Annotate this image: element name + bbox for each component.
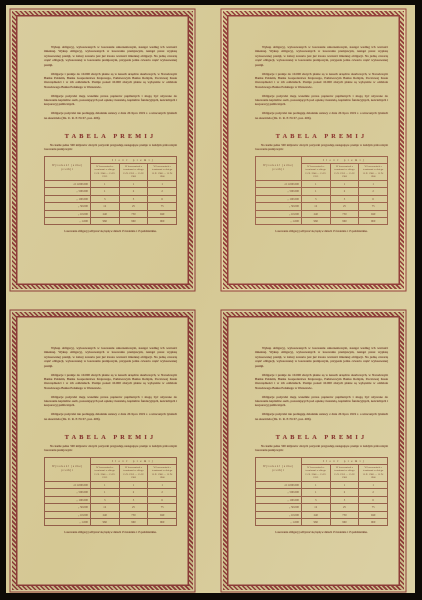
- premium-count: 2: [148, 489, 177, 496]
- premium-count: 1: [119, 482, 148, 489]
- premium-count: 5: [330, 195, 359, 202]
- table-row: zł 1.000.000 1 1 1: [256, 181, 388, 188]
- premium-count: 75: [359, 203, 388, 210]
- premium-table: Wysokość jednej premji Ilość premij W lo…: [255, 457, 388, 527]
- terms-paragraph-trustee-rights: Obligacje pożyczki mają wszelkie prawa p…: [44, 395, 177, 408]
- premium-count: 75: [148, 504, 177, 511]
- terms-paragraph-redemption: Wykup obligacyj, wylosowanych w losowani…: [44, 346, 177, 368]
- premium-amount: „ 500.000: [45, 489, 91, 496]
- table-row: „ 10.000 240 750 940: [45, 210, 177, 217]
- premium-count: 1: [148, 181, 177, 188]
- premium-count: 3: [90, 496, 119, 503]
- premium-count: 960: [330, 217, 359, 224]
- premium-amount: zł 1.000.000: [45, 181, 91, 188]
- premium-count: 3: [90, 195, 119, 202]
- premium-count: 1: [301, 181, 330, 188]
- table-row: „ 10.000 240 750 940: [256, 210, 388, 217]
- premium-count: 960: [119, 217, 148, 224]
- period-column-header-2: W losowaniach z terminami w obiegu 15.X.…: [330, 464, 359, 482]
- terms-paragraph-payment-banks: Obligacje i premje do 10.000 złotych pła…: [255, 373, 388, 391]
- period-column-header-1: W losowaniach z terminami w obiegu 15.X.…: [301, 163, 330, 181]
- premium-amount: „ 100.000: [256, 496, 302, 503]
- premium-count: 12: [301, 203, 330, 210]
- table-row: „ 50.000 12 25 75: [45, 203, 177, 210]
- terms-paragraph-redemption: Wykup obligacyj, wylosowanych w losowani…: [255, 45, 388, 67]
- terms-paragraph-redemption: Wykup obligacyj, wylosowanych w losowani…: [255, 346, 388, 368]
- premium-count: 5: [330, 496, 359, 503]
- premium-count: 25: [330, 504, 359, 511]
- drawing-dates-note: Losowania obligacyj odbywać się będą w d…: [44, 229, 177, 233]
- premium-count: 750: [119, 511, 148, 518]
- premium-table: Wysokość jednej premji Ilość premij W lo…: [44, 457, 177, 527]
- premium-count: 1: [301, 489, 330, 496]
- premium-amount: „ 1.000: [256, 217, 302, 224]
- period-column-header-1: W losowaniach z terminami w obiegu 15.X.…: [90, 464, 119, 482]
- terms-paragraph-trustee-rights: Obligacje pożyczki mają wszelkie prawa p…: [255, 395, 388, 408]
- table-row: „ 50.000 12 25 75: [256, 504, 388, 511]
- count-group-header: Ilość premij: [90, 156, 176, 163]
- premium-amount: „ 10.000: [256, 511, 302, 518]
- premium-count: 750: [330, 511, 359, 518]
- premium-table: Wysokość jednej premji Ilość premij W lo…: [255, 156, 388, 226]
- premium-table-title: TABELA PREMIJ: [255, 434, 388, 441]
- drawing-dates-note: Losowania obligacyj odbywać się będą w d…: [255, 530, 388, 534]
- premium-table-intro: Na każde pełne 500 miljonów złotych poży…: [255, 444, 388, 452]
- terms-paragraph-redemption: Wykup obligacyj, wylosowanych w losowani…: [44, 45, 177, 67]
- premium-count: 2: [359, 489, 388, 496]
- premium-count: 6: [148, 496, 177, 503]
- premium-amount: „ 500.000: [256, 188, 302, 195]
- terms-paragraph-payment-banks: Obligacje i premje do 10.000 złotych pła…: [44, 72, 177, 90]
- premium-count: 2: [148, 188, 177, 195]
- period-column-header-3: W losowaniach z terminami w obiegu 15.X.…: [359, 464, 388, 482]
- premium-count: 940: [148, 210, 177, 217]
- premium-count: 5: [119, 496, 148, 503]
- period-column-header-2: W losowaniach z terminami w obiegu 15.X.…: [119, 163, 148, 181]
- period-column-header-3: W losowaniach z terminami w obiegu 15.X.…: [148, 163, 177, 181]
- premium-count: 960: [301, 217, 330, 224]
- terms-paragraph-bearer-law: Obligacje pożyczki nie podlegają działan…: [44, 412, 177, 421]
- period-column-header-3: W losowaniach z terminami w obiegu 15.X.…: [148, 464, 177, 482]
- premium-count: 12: [90, 504, 119, 511]
- premium-count: 1: [301, 482, 330, 489]
- premium-count: 750: [330, 210, 359, 217]
- premium-count: 75: [359, 504, 388, 511]
- table-row: „ 50.000 12 25 75: [45, 504, 177, 511]
- table-row: zł 1.000.000 1 1 1: [45, 181, 177, 188]
- table-row: „ 100.000 3 5 6: [256, 496, 388, 503]
- terms-paragraph-bearer-law: Obligacje pożyczki nie podlegają działan…: [255, 412, 388, 421]
- premium-amount: „ 100.000: [45, 496, 91, 503]
- premium-amount: „ 1.000: [45, 217, 91, 224]
- premium-count: 75: [148, 203, 177, 210]
- table-row: „ 500.000 1 2 2: [256, 489, 388, 496]
- terms-paragraph-payment-banks: Obligacje i premje do 10.000 złotych pła…: [44, 373, 177, 391]
- premium-count: 3: [301, 195, 330, 202]
- premium-count: 1: [90, 482, 119, 489]
- premium-count: 960: [90, 217, 119, 224]
- amount-column-header: Wysokość jednej premji: [256, 457, 302, 482]
- premium-amount: „ 1.000: [45, 518, 91, 525]
- table-row: „ 1.000 960 960 960: [45, 518, 177, 525]
- table-row: zł 1.000.000 1 1 1: [45, 482, 177, 489]
- count-group-header: Ilość premij: [301, 156, 387, 163]
- premium-count: 1: [90, 181, 119, 188]
- premium-amount: „ 1.000: [256, 518, 302, 525]
- premium-count: 25: [119, 504, 148, 511]
- premium-count: 240: [90, 511, 119, 518]
- premium-count: 12: [90, 203, 119, 210]
- premium-count: 960: [301, 518, 330, 525]
- table-row: „ 1.000 960 960 960: [45, 217, 177, 224]
- terms-paragraph-trustee-rights: Obligacje pożyczki mają wszelkie prawa p…: [255, 94, 388, 107]
- table-row: „ 50.000 12 25 75: [256, 203, 388, 210]
- bond-certificate-back: Wykup obligacyj, wylosowanych w losowani…: [223, 312, 404, 590]
- premium-count: 2: [330, 489, 359, 496]
- premium-count: 960: [90, 518, 119, 525]
- premium-count: 240: [301, 511, 330, 518]
- premium-amount: „ 100.000: [45, 195, 91, 202]
- bond-certificate-back: Wykup obligacyj, wylosowanych w losowani…: [12, 11, 193, 289]
- terms-paragraph-payment-banks: Obligacje i premje do 10.000 złotych pła…: [255, 72, 388, 90]
- premium-count: 1: [359, 482, 388, 489]
- table-row: „ 100.000 3 5 6: [45, 496, 177, 503]
- premium-count: 1: [359, 181, 388, 188]
- premium-count: 940: [359, 511, 388, 518]
- premium-count: 25: [330, 203, 359, 210]
- table-row: „ 10.000 240 750 940: [45, 511, 177, 518]
- table-row: „ 1.000 960 960 960: [256, 217, 388, 224]
- premium-count: 2: [330, 188, 359, 195]
- premium-table-intro: Na każde pełne 500 miljonów złotych poży…: [44, 444, 177, 452]
- terms-paragraph-bearer-law: Obligacje pożyczki nie podlegają działan…: [255, 111, 388, 120]
- period-column-header-2: W losowaniach z terminami w obiegu 15.X.…: [119, 464, 148, 482]
- premium-count: 6: [359, 195, 388, 202]
- premium-count: 12: [301, 504, 330, 511]
- premium-amount: „ 10.000: [256, 210, 302, 217]
- premium-table-intro: Na każde pełne 500 miljonów złotych poży…: [44, 143, 177, 151]
- premium-amount: „ 10.000: [45, 511, 91, 518]
- premium-count: 1: [301, 188, 330, 195]
- count-group-header: Ilość premij: [90, 457, 176, 464]
- terms-paragraph-bearer-law: Obligacje pożyczki nie podlegają działan…: [44, 111, 177, 120]
- premium-count: 1: [330, 482, 359, 489]
- premium-table: Wysokość jednej premji Ilość premij W lo…: [44, 156, 177, 226]
- premium-count: 1: [119, 181, 148, 188]
- table-row: „ 1.000 960 960 960: [256, 518, 388, 525]
- premium-amount: zł 1.000.000: [45, 482, 91, 489]
- terms-paragraph-trustee-rights: Obligacje pożyczki mają wszelkie prawa p…: [44, 94, 177, 107]
- period-column-header-3: W losowaniach z terminami w obiegu 15.X.…: [359, 163, 388, 181]
- premium-count: 940: [148, 511, 177, 518]
- amount-column-header: Wysokość jednej premji: [45, 156, 91, 181]
- premium-count: 750: [119, 210, 148, 217]
- period-column-header-1: W losowaniach z terminami w obiegu 15.X.…: [301, 464, 330, 482]
- premium-count: 960: [148, 217, 177, 224]
- amount-column-header: Wysokość jednej premji: [256, 156, 302, 181]
- premium-count: 2: [119, 489, 148, 496]
- premium-count: 240: [90, 210, 119, 217]
- table-row: „ 100.000 3 5 6: [256, 195, 388, 202]
- bond-certificate-back: Wykup obligacyj, wylosowanych w losowani…: [12, 312, 193, 590]
- premium-count: 240: [301, 210, 330, 217]
- premium-table-intro: Na każde pełne 500 miljonów złotych poży…: [255, 143, 388, 151]
- scanned-sheet-background: Wykup obligacyj, wylosowanych w losowani…: [0, 0, 422, 600]
- premium-count: 2: [119, 188, 148, 195]
- count-group-header: Ilość premij: [301, 457, 387, 464]
- premium-amount: „ 500.000: [256, 489, 302, 496]
- premium-count: 960: [359, 518, 388, 525]
- premium-table-title: TABELA PREMIJ: [44, 434, 177, 441]
- table-row: zł 1.000.000 1 1 1: [256, 482, 388, 489]
- premium-count: 1: [90, 188, 119, 195]
- table-row: „ 500.000 1 2 2: [256, 188, 388, 195]
- amount-column-header: Wysokość jednej premji: [45, 457, 91, 482]
- period-column-header-2: W losowaniach z terminami w obiegu 15.X.…: [330, 163, 359, 181]
- premium-amount: zł 1.000.000: [256, 482, 302, 489]
- bond-certificate-back: Wykup obligacyj, wylosowanych w losowani…: [223, 11, 404, 289]
- premium-amount: „ 50.000: [256, 504, 302, 511]
- table-row: „ 100.000 3 5 6: [45, 195, 177, 202]
- premium-count: 1: [330, 181, 359, 188]
- premium-count: 1: [90, 489, 119, 496]
- premium-amount: „ 100.000: [256, 195, 302, 202]
- premium-amount: „ 500.000: [45, 188, 91, 195]
- premium-count: 2: [359, 188, 388, 195]
- premium-amount: zł 1.000.000: [256, 181, 302, 188]
- premium-amount: „ 10.000: [45, 210, 91, 217]
- premium-count: 940: [359, 210, 388, 217]
- table-row: „ 500.000 1 2 2: [45, 188, 177, 195]
- premium-count: 5: [119, 195, 148, 202]
- premium-table-title: TABELA PREMIJ: [44, 133, 177, 140]
- premium-count: 6: [359, 496, 388, 503]
- drawing-dates-note: Losowania obligacyj odbywać się będą w d…: [255, 229, 388, 233]
- premium-count: 960: [330, 518, 359, 525]
- paper-sheet: Wykup obligacyj, wylosowanych w losowani…: [6, 5, 415, 593]
- premium-amount: „ 50.000: [256, 203, 302, 210]
- premium-count: 1: [148, 482, 177, 489]
- table-row: „ 10.000 240 750 940: [256, 511, 388, 518]
- period-column-header-1: W losowaniach z terminami w obiegu 15.X.…: [90, 163, 119, 181]
- premium-count: 960: [148, 518, 177, 525]
- premium-count: 960: [119, 518, 148, 525]
- premium-table-title: TABELA PREMIJ: [255, 133, 388, 140]
- premium-count: 6: [148, 195, 177, 202]
- premium-amount: „ 50.000: [45, 504, 91, 511]
- premium-amount: „ 50.000: [45, 203, 91, 210]
- drawing-dates-note: Losowania obligacyj odbywać się będą w d…: [44, 530, 177, 534]
- premium-count: 960: [359, 217, 388, 224]
- table-row: „ 500.000 1 2 2: [45, 489, 177, 496]
- premium-count: 3: [301, 496, 330, 503]
- premium-count: 25: [119, 203, 148, 210]
